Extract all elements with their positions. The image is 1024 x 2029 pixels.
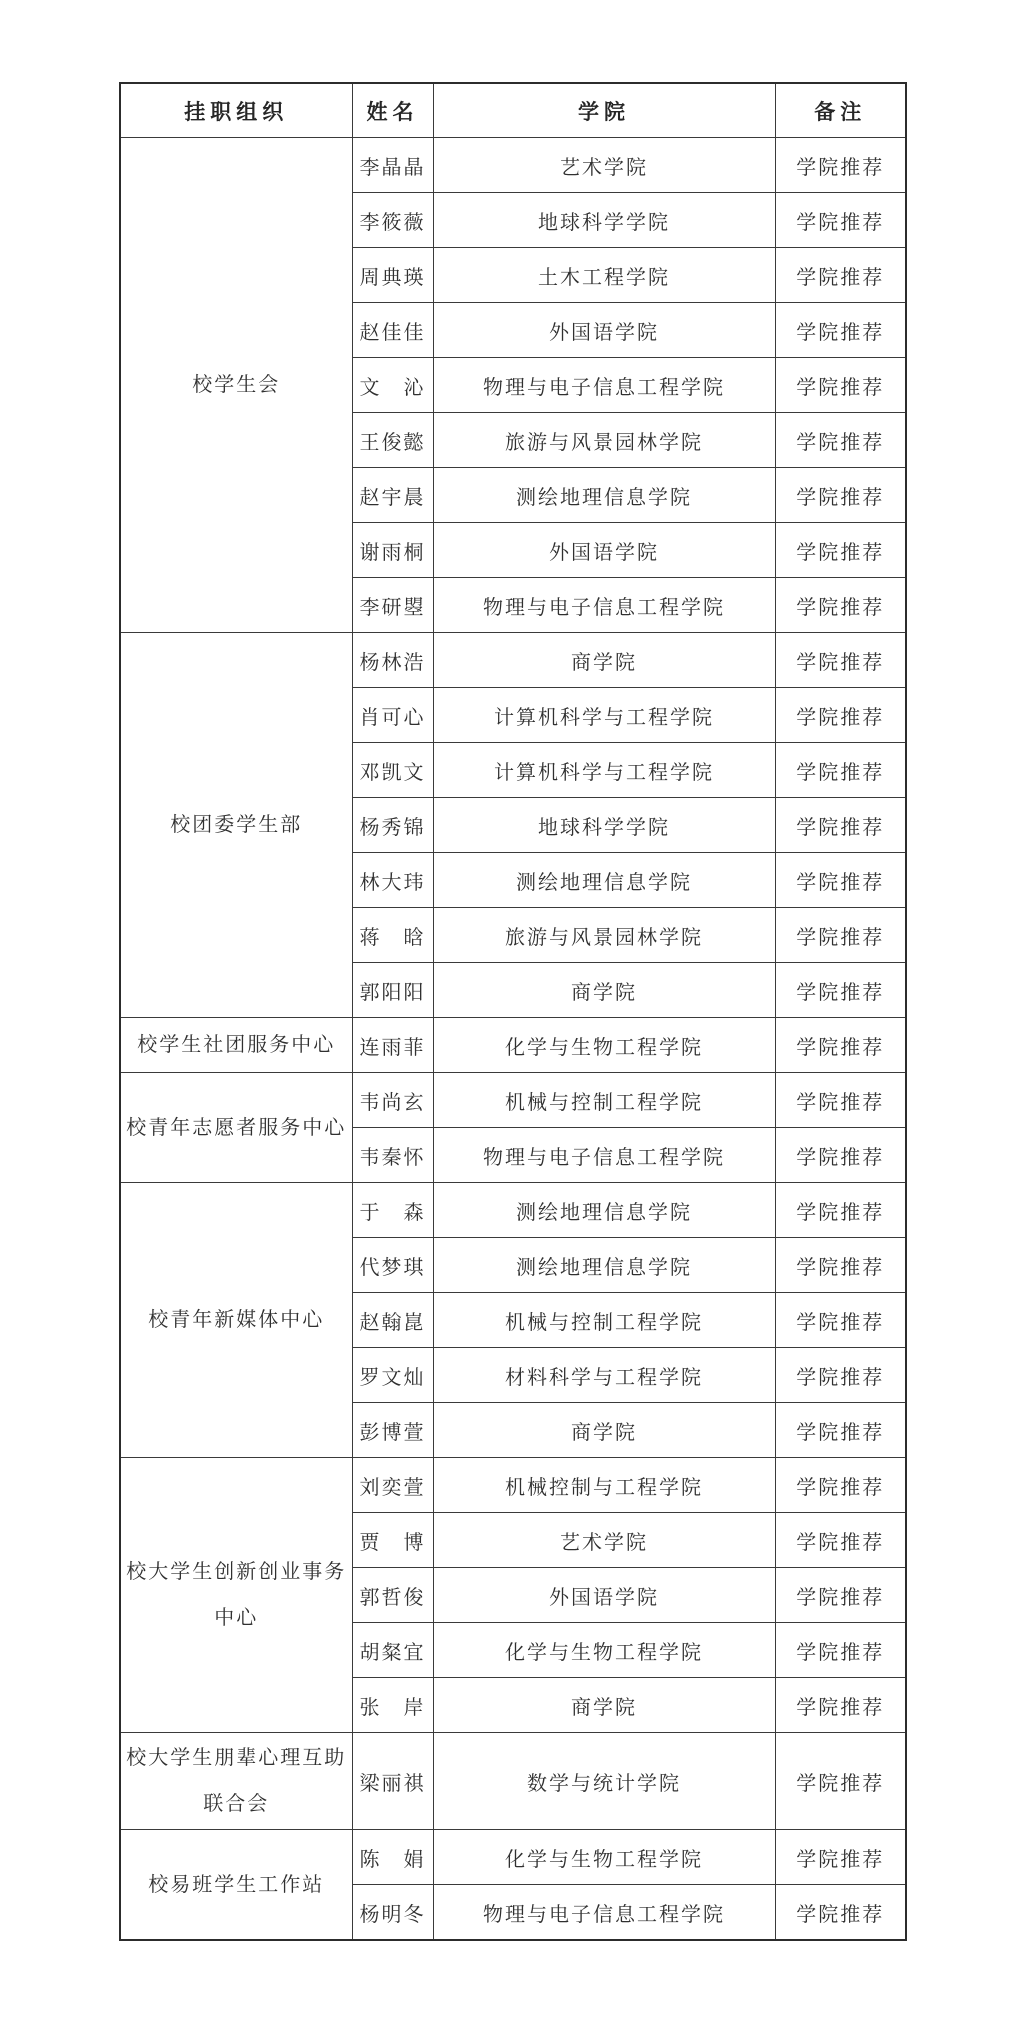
college-cell: 旅游与风景园林学院: [433, 413, 775, 468]
note-cell: 学院推荐: [775, 908, 906, 963]
college-cell: 测绘地理信息学院: [433, 1238, 775, 1293]
note-cell: 学院推荐: [775, 1238, 906, 1293]
college-cell: 商学院: [433, 633, 775, 688]
table-body: 校学生会李晶晶艺术学院学院推荐李筱薇地球科学学院学院推荐周典瑛土木工程学院学院推…: [120, 138, 906, 1941]
note-cell: 学院推荐: [775, 248, 906, 303]
organization-cell: 校学生会: [120, 138, 352, 633]
college-cell: 物理与电子信息工程学院: [433, 358, 775, 413]
college-cell: 商学院: [433, 1403, 775, 1458]
college-cell: 计算机科学与工程学院: [433, 688, 775, 743]
note-cell: 学院推荐: [775, 1623, 906, 1678]
name-cell: 郭哲俊: [352, 1568, 433, 1623]
note-cell: 学院推荐: [775, 688, 906, 743]
note-cell: 学院推荐: [775, 1183, 906, 1238]
name-cell: 郭阳阳: [352, 963, 433, 1018]
name-cell: 李筱薇: [352, 193, 433, 248]
college-cell: 化学与生物工程学院: [433, 1830, 775, 1885]
name-cell: 周典瑛: [352, 248, 433, 303]
name-cell: 杨秀锦: [352, 798, 433, 853]
name-cell: 林大玮: [352, 853, 433, 908]
organization-cell: 校青年新媒体中心: [120, 1183, 352, 1458]
note-cell: 学院推荐: [775, 1018, 906, 1073]
organization-cell: 校大学生创新创业事务中心: [120, 1458, 352, 1733]
note-cell: 学院推荐: [775, 853, 906, 908]
college-cell: 化学与生物工程学院: [433, 1018, 775, 1073]
table-row: 校学生会李晶晶艺术学院学院推荐: [120, 138, 906, 193]
name-cell: 蒋 晗: [352, 908, 433, 963]
table-row: 校团委学生部杨林浩商学院学院推荐: [120, 633, 906, 688]
name-cell: 张 岸: [352, 1678, 433, 1733]
name-cell: 罗文灿: [352, 1348, 433, 1403]
note-cell: 学院推荐: [775, 358, 906, 413]
note-cell: 学院推荐: [775, 1073, 906, 1128]
college-cell: 材料科学与工程学院: [433, 1348, 775, 1403]
college-cell: 物理与电子信息工程学院: [433, 1885, 775, 1941]
name-cell: 谢雨桐: [352, 523, 433, 578]
name-cell: 赵佳佳: [352, 303, 433, 358]
name-cell: 韦秦怀: [352, 1128, 433, 1183]
name-cell: 韦尚玄: [352, 1073, 433, 1128]
college-cell: 外国语学院: [433, 523, 775, 578]
name-cell: 连雨菲: [352, 1018, 433, 1073]
table-row: 校大学生创新创业事务中心刘奕萱机械控制与工程学院学院推荐: [120, 1458, 906, 1513]
table-row: 校大学生朋辈心理互助联合会梁丽祺数学与统计学院学院推荐: [120, 1733, 906, 1830]
college-cell: 机械与控制工程学院: [433, 1073, 775, 1128]
table-row: 校青年志愿者服务中心韦尚玄机械与控制工程学院学院推荐: [120, 1073, 906, 1128]
note-cell: 学院推荐: [775, 1458, 906, 1513]
college-cell: 数学与统计学院: [433, 1733, 775, 1830]
table-row: 校易班学生工作站陈 娟化学与生物工程学院学院推荐: [120, 1830, 906, 1885]
note-cell: 学院推荐: [775, 1678, 906, 1733]
name-cell: 赵翰崑: [352, 1293, 433, 1348]
name-cell: 文 沁: [352, 358, 433, 413]
note-cell: 学院推荐: [775, 1403, 906, 1458]
note-cell: 学院推荐: [775, 468, 906, 523]
college-cell: 地球科学学院: [433, 193, 775, 248]
organization-cell: 校青年志愿者服务中心: [120, 1073, 352, 1183]
note-cell: 学院推荐: [775, 1293, 906, 1348]
name-cell: 肖可心: [352, 688, 433, 743]
name-cell: 王俊懿: [352, 413, 433, 468]
note-cell: 学院推荐: [775, 578, 906, 633]
college-cell: 机械与控制工程学院: [433, 1293, 775, 1348]
header-row: 挂职组织 姓名 学院 备注: [120, 83, 906, 138]
college-cell: 商学院: [433, 1678, 775, 1733]
name-cell: 杨林浩: [352, 633, 433, 688]
college-cell: 旅游与风景园林学院: [433, 908, 775, 963]
name-cell: 代梦琪: [352, 1238, 433, 1293]
name-cell: 于 森: [352, 1183, 433, 1238]
college-cell: 测绘地理信息学院: [433, 1183, 775, 1238]
name-cell: 杨明冬: [352, 1885, 433, 1941]
college-cell: 外国语学院: [433, 303, 775, 358]
name-cell: 赵宇晨: [352, 468, 433, 523]
organization-cell: 校团委学生部: [120, 633, 352, 1018]
organization-cell: 校易班学生工作站: [120, 1830, 352, 1941]
name-cell: 刘奕萱: [352, 1458, 433, 1513]
organization-cell: 校大学生朋辈心理互助联合会: [120, 1733, 352, 1830]
table-row: 校青年新媒体中心于 森测绘地理信息学院学院推荐: [120, 1183, 906, 1238]
note-cell: 学院推荐: [775, 1348, 906, 1403]
document-page: 挂职组织 姓名 学院 备注 校学生会李晶晶艺术学院学院推荐李筱薇地球科学学院学院…: [0, 0, 1024, 2029]
col-header-name: 姓名: [352, 83, 433, 138]
note-cell: 学院推荐: [775, 963, 906, 1018]
college-cell: 计算机科学与工程学院: [433, 743, 775, 798]
name-cell: 彭博萱: [352, 1403, 433, 1458]
note-cell: 学院推荐: [775, 193, 906, 248]
name-cell: 李研曌: [352, 578, 433, 633]
note-cell: 学院推荐: [775, 413, 906, 468]
table-row: 校学生社团服务中心连雨菲化学与生物工程学院学院推荐: [120, 1018, 906, 1073]
col-header-college: 学院: [433, 83, 775, 138]
note-cell: 学院推荐: [775, 798, 906, 853]
college-cell: 地球科学学院: [433, 798, 775, 853]
note-cell: 学院推荐: [775, 1885, 906, 1941]
name-cell: 陈 娟: [352, 1830, 433, 1885]
note-cell: 学院推荐: [775, 303, 906, 358]
college-cell: 土木工程学院: [433, 248, 775, 303]
college-cell: 化学与生物工程学院: [433, 1623, 775, 1678]
col-header-note: 备注: [775, 83, 906, 138]
college-cell: 艺术学院: [433, 1513, 775, 1568]
name-cell: 李晶晶: [352, 138, 433, 193]
note-cell: 学院推荐: [775, 138, 906, 193]
college-cell: 商学院: [433, 963, 775, 1018]
note-cell: 学院推荐: [775, 1830, 906, 1885]
note-cell: 学院推荐: [775, 633, 906, 688]
college-cell: 外国语学院: [433, 1568, 775, 1623]
note-cell: 学院推荐: [775, 523, 906, 578]
college-cell: 测绘地理信息学院: [433, 853, 775, 908]
college-cell: 机械控制与工程学院: [433, 1458, 775, 1513]
appointment-roster-table: 挂职组织 姓名 学院 备注 校学生会李晶晶艺术学院学院推荐李筱薇地球科学学院学院…: [119, 82, 907, 1941]
note-cell: 学院推荐: [775, 1128, 906, 1183]
note-cell: 学院推荐: [775, 1733, 906, 1830]
name-cell: 胡粲宜: [352, 1623, 433, 1678]
name-cell: 邓凯文: [352, 743, 433, 798]
college-cell: 测绘地理信息学院: [433, 468, 775, 523]
name-cell: 贾 博: [352, 1513, 433, 1568]
name-cell: 梁丽祺: [352, 1733, 433, 1830]
organization-cell: 校学生社团服务中心: [120, 1018, 352, 1073]
college-cell: 艺术学院: [433, 138, 775, 193]
note-cell: 学院推荐: [775, 1568, 906, 1623]
note-cell: 学院推荐: [775, 1513, 906, 1568]
col-header-organization: 挂职组织: [120, 83, 352, 138]
college-cell: 物理与电子信息工程学院: [433, 1128, 775, 1183]
note-cell: 学院推荐: [775, 743, 906, 798]
college-cell: 物理与电子信息工程学院: [433, 578, 775, 633]
